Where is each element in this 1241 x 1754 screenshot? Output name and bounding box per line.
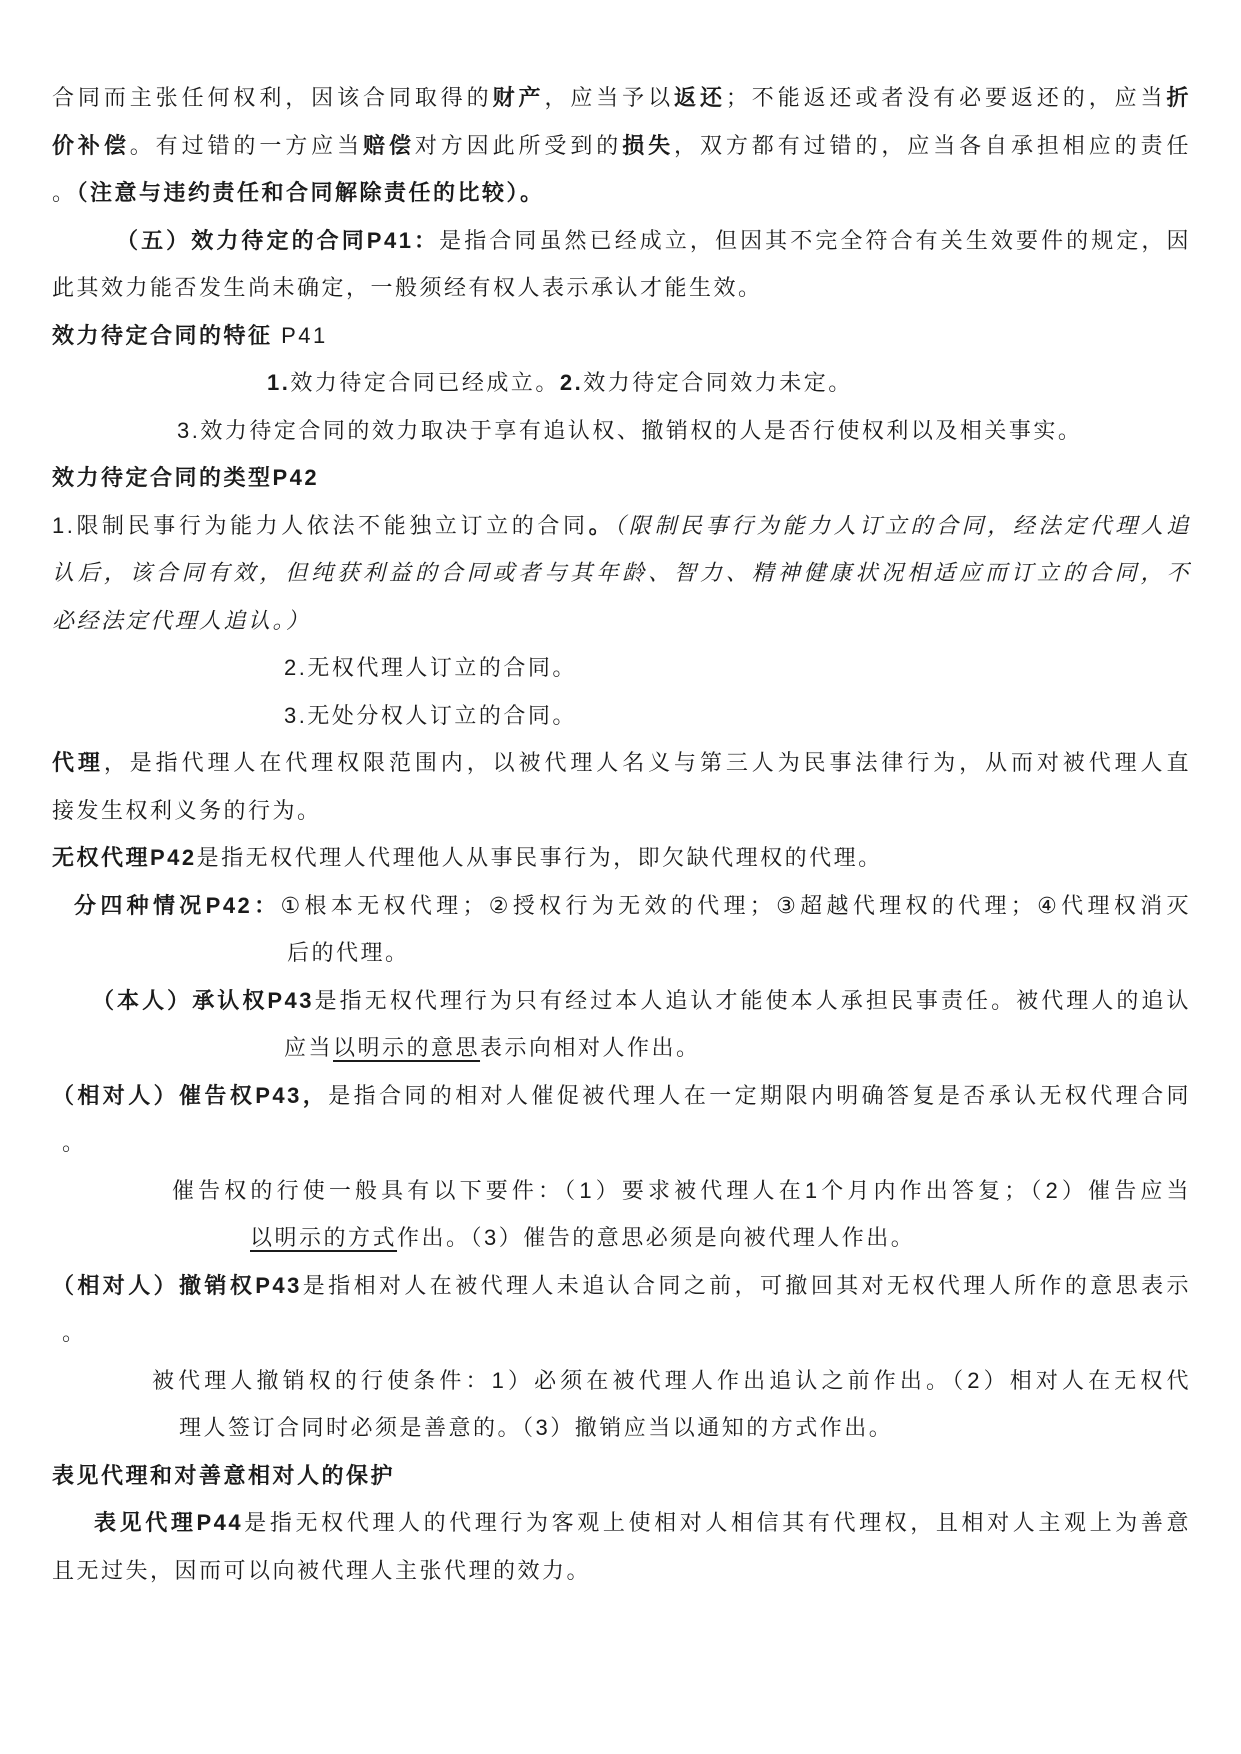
text-run: 是指相对人在被代理人未追认合同之前，可撤回其对无权代理人所作的意思表示: [302, 1273, 1191, 1298]
text-run: 分四种情况P42：: [74, 893, 280, 918]
text-line: 被代理人撤销权的行使条件：1）必须在被代理人作出追认之前作出。（2）相对人在无权…: [152, 1357, 1191, 1405]
text-run: 表示向相对人作出。: [480, 1035, 701, 1060]
text-run: 以明示的方式: [250, 1225, 397, 1250]
text-run: （相对人）撤销权P43: [52, 1273, 302, 1298]
text-run: 应当: [284, 1035, 333, 1060]
text-run: 赔偿: [363, 133, 415, 158]
text-run: 。: [589, 513, 615, 538]
text-line: 3.效力待定合同的效力取决于享有追认权、撤销权的人是否行使权利以及相关事实。: [177, 407, 1191, 455]
heading-pending-contract-types: 效力待定合同的类型P42: [52, 454, 1191, 502]
text-run: 代理: [52, 750, 104, 775]
text-run: （五）效力待定的合同P41：: [116, 228, 439, 253]
text-line: 无权代理P42是指无权代理人代理他人从事民事行为，即欠缺代理权的代理。: [52, 834, 1191, 882]
text-line: 3.无处分权人订立的合同。: [284, 692, 1191, 740]
text-run: 效力待定合同已经成立。: [290, 370, 560, 395]
text-line: 且无过失，因而可以向被代理人主张代理的效力。: [52, 1547, 1191, 1595]
text-run: 以明示的意思: [333, 1035, 480, 1060]
text-run: 效力待定合同的类型P42: [52, 465, 319, 490]
text-run: 表见代理和对善意相对人的保护: [52, 1463, 395, 1488]
text-run: 效力待定合同效力未定。: [583, 370, 853, 395]
text-run: ，双方都有过错的，应当各自承担相应的责任: [674, 133, 1191, 158]
text-line: 应当以明示的意思表示向相对人作出。: [284, 1024, 1191, 1072]
text-run: 后的代理。: [287, 940, 410, 965]
text-line: 价补偿。有过错的一方应当赔偿对方因此所受到的损失，双方都有过错的，应当各自承担相…: [52, 122, 1191, 170]
text-run: ，应当予以: [544, 85, 674, 110]
text-run: 被代理人撤销权的行使条件：1）必须在被代理人作出追认之前作出。（2）相对人在无权…: [152, 1368, 1191, 1393]
text-run: 催告权的行使一般具有以下要件：（1）要求被代理人在1个月内作出答复；（2）催告应…: [172, 1178, 1191, 1203]
text-run: 损失: [622, 133, 674, 158]
text-line: （相对人）催告权P43，是指合同的相对人催促被代理人在一定期限内明确答复是否承认…: [52, 1072, 1191, 1120]
document-page: 合同而主张任何权利，因该合同取得的财产，应当予以返还；不能返还或者没有必要返还的…: [0, 0, 1241, 1754]
text-run: ，是指代理人在代理权限范围内，以被代理人名义与第三人为民事法律行为，从而对被代理…: [104, 750, 1191, 775]
text-line: 此其效力能否发生尚未确定，一般须经有权人表示承认才能生效。: [52, 264, 1191, 312]
text-line: 。: [62, 1309, 1191, 1357]
text-run: 合同而主张任何权利，因该合同取得的: [52, 85, 493, 110]
text-run: 是指无权代理人的代理行为客观上使相对人相信其有代理权，且相对人主观上为善意: [243, 1510, 1191, 1535]
text-run: 对方因此所受到的: [415, 133, 622, 158]
text-line: 后的代理。: [287, 929, 1191, 977]
text-run: 折: [1166, 85, 1191, 110]
text-run: 认后，该合同有效，但纯获利益的合同或者与其年龄、智力、精神健康状况相适应而订立的…: [52, 560, 1191, 585]
text-run: 是指无权代理行为只有经过本人追认才能使本人承担民事责任。被代理人的追认: [314, 988, 1191, 1013]
document-body: 合同而主张任何权利，因该合同取得的财产，应当予以返还；不能返还或者没有必要返还的…: [52, 74, 1191, 1594]
text-run: 是指无权代理人代理他人从事民事行为，即欠缺代理权的代理。: [197, 845, 883, 870]
text-line: 以明示的方式作出。（3）催告的意思必须是向被代理人作出。: [250, 1214, 1191, 1262]
text-line: 理人签订合同时必须是善意的。（3）撤销应当以通知的方式作出。: [179, 1404, 1191, 1452]
text-run: （本人）承认权P43: [92, 988, 314, 1013]
text-run: 此其效力能否发生尚未确定，一般须经有权人表示承认才能生效。: [52, 275, 763, 300]
text-line: 认后，该合同有效，但纯获利益的合同或者与其年龄、智力、精神健康状况相适应而订立的…: [52, 549, 1191, 597]
text-run: 作出。（3）催告的意思必须是向被代理人作出。: [397, 1225, 915, 1250]
text-run: 无权代理P42: [52, 845, 197, 870]
text-line: 必经法定代理人追认。）: [52, 597, 1191, 645]
text-line: （相对人）撤销权P43是指相对人在被代理人未追认合同之前，可撤回其对无权代理人所…: [52, 1262, 1191, 1310]
text-run: 理人签订合同时必须是善意的。（3）撤销应当以通知的方式作出。: [179, 1415, 893, 1440]
text-line: 分四种情况P42：①根本无权代理；②授权行为无效的代理；③超越代理权的代理；④代…: [74, 882, 1191, 930]
text-run: （相对人）催告权P43，: [52, 1083, 328, 1108]
text-run: （注意与违约责任和合同解除责任的比较）。: [77, 180, 545, 205]
text-run: 。有过错的一方应当: [130, 133, 363, 158]
text-run: 。: [62, 1130, 87, 1155]
text-run: 1.: [267, 370, 290, 395]
text-line: 。（注意与违约责任和合同解除责任的比较）。: [52, 169, 1191, 217]
text-line: 1.效力待定合同已经成立。2.效力待定合同效力未定。: [267, 359, 1191, 407]
text-run: 返还: [674, 85, 726, 110]
text-line: 表见代理P44是指无权代理人的代理行为客观上使相对人相信其有代理权，且相对人主观…: [94, 1499, 1191, 1547]
text-run: 价补偿: [52, 133, 130, 158]
text-line: （本人）承认权P43是指无权代理行为只有经过本人追认才能使本人承担民事责任。被代…: [92, 977, 1191, 1025]
text-run: 效力待定合同的特征: [52, 323, 273, 348]
heading-apparent-agency-protection: 表见代理和对善意相对人的保护: [52, 1452, 1191, 1500]
text-line: 合同而主张任何权利，因该合同取得的财产，应当予以返还；不能返还或者没有必要返还的…: [52, 74, 1191, 122]
text-line: 接发生权利义务的行为。: [52, 787, 1191, 835]
text-line: 。: [62, 1119, 1191, 1167]
text-run: 。: [62, 1320, 87, 1345]
text-run: 2.无权代理人订立的合同。: [284, 655, 577, 680]
text-run: 必经法定代理人追认。）: [52, 608, 311, 633]
text-line: 催告权的行使一般具有以下要件：（1）要求被代理人在1个月内作出答复；（2）催告应…: [172, 1167, 1191, 1215]
text-run: 表见代理P44: [94, 1510, 243, 1535]
text-run: 接发生权利义务的行为。: [52, 798, 322, 823]
text-run: 是指合同的相对人催促被代理人在一定期限内明确答复是否承认无权代理合同: [328, 1083, 1191, 1108]
text-line: 1.限制民事行为能力人依法不能独立订立的合同。（限制民事行为能力人订立的合同，经…: [52, 502, 1191, 550]
text-run: 。: [52, 180, 77, 205]
text-line: 2.无权代理人订立的合同。: [284, 644, 1191, 692]
text-run: 3.无处分权人订立的合同。: [284, 703, 577, 728]
text-run: 且无过失，因而可以向被代理人主张代理的效力。: [52, 1558, 591, 1583]
text-run: P41: [273, 323, 328, 348]
text-run: 是指合同虽然已经成立，但因其不完全符合有关生效要件的规定，因: [439, 228, 1191, 253]
text-run: ①根本无权代理；②授权行为无效的代理；③超越代理权的代理；④代理权消灭: [280, 893, 1191, 918]
text-line: （五）效力待定的合同P41：是指合同虽然已经成立，但因其不完全符合有关生效要件的…: [116, 217, 1191, 265]
text-run: ；不能返还或者没有必要返还的，应当: [726, 85, 1167, 110]
text-run: 3.效力待定合同的效力取决于享有追认权、撤销权的人是否行使权利以及相关事实。: [177, 418, 1082, 443]
text-run: 1.限制民事行为能力人依法不能独立订立的合同: [52, 513, 589, 538]
text-run: 2.: [560, 370, 583, 395]
text-run: （限制民事行为能力人订立的合同，经法定代理人追: [614, 513, 1191, 538]
text-line: 代理，是指代理人在代理权限范围内，以被代理人名义与第三人为民事法律行为，从而对被…: [52, 739, 1191, 787]
heading-pending-contract-features: 效力待定合同的特征 P41: [52, 312, 1191, 360]
text-run: 财产: [493, 85, 545, 110]
